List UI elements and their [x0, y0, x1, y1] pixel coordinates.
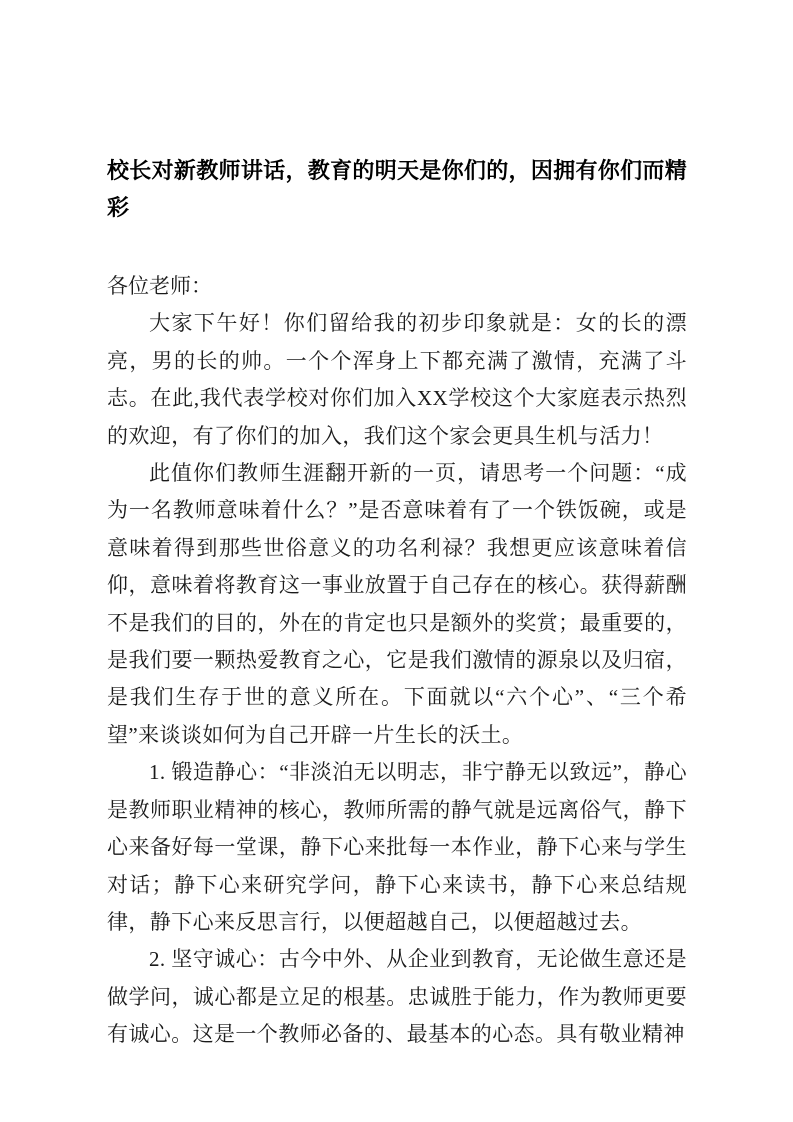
document-page: 校长对新教师讲话，教育的明天是你们的，因拥有你们而精彩 各位老师： 大家下午好！… — [0, 0, 793, 1122]
paragraph-greeting: 大家下午好！你们留给我的初步印象就是：女的长的漂亮，男的长的帅。一个个浑身上下都… — [107, 305, 687, 455]
paragraph-item-1-calm-heart: 1. 锻造静心：“非淡泊无以明志，非宁静无以致远”，静心是教师职业精神的核心，教… — [107, 754, 687, 941]
document-content: 校长对新教师讲话，教育的明天是你们的，因拥有你们而精彩 各位老师： 大家下午好！… — [107, 152, 687, 1054]
paragraph-item-2-sincere-heart: 2. 坚守诚心：古今中外、从企业到教育，无论做生意还是做学问，诚心都是立足的根基… — [107, 941, 687, 1053]
salutation-line: 各位老师： — [107, 268, 687, 305]
document-title: 校长对新教师讲话，教育的明天是你们的，因拥有你们而精彩 — [107, 152, 687, 226]
paragraph-meaning-of-teacher: 此值你们教师生涯翻开新的一页，请思考一个问题：“成为一名教师意味着什么？”是否意… — [107, 455, 687, 754]
